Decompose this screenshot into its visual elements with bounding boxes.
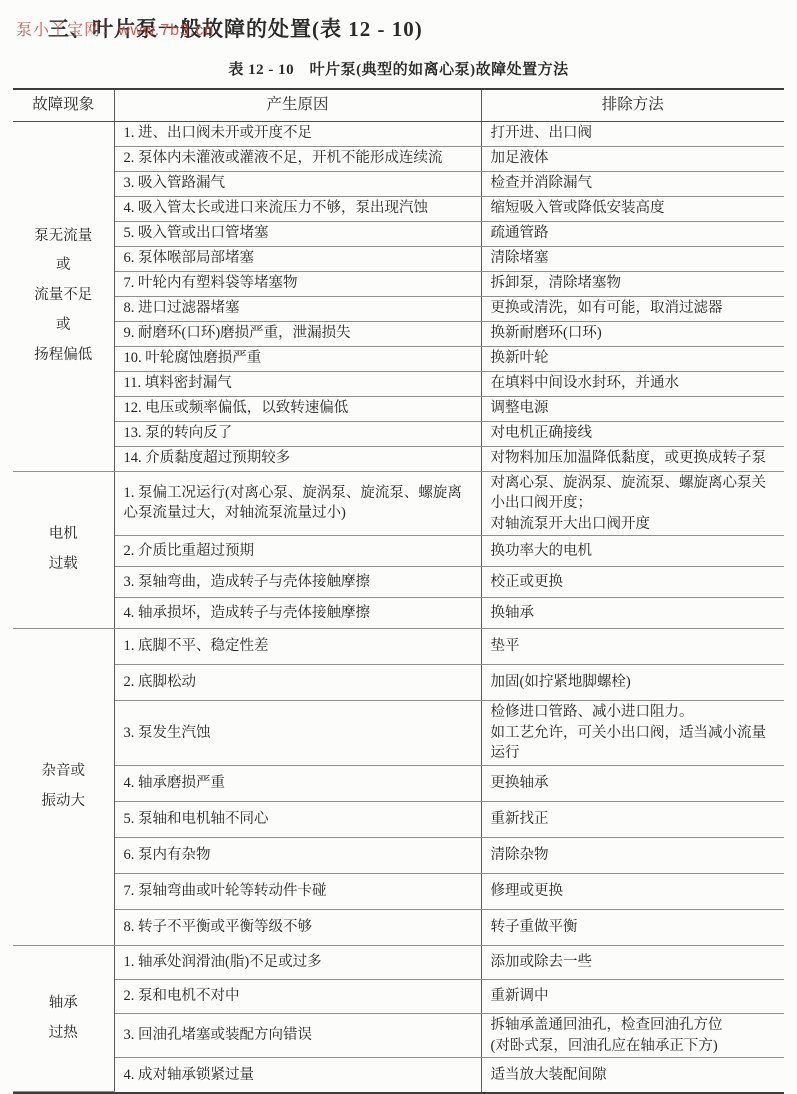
remedy-cell: 校正或更换	[481, 567, 784, 598]
cause-cell: 7. 泵轴弯曲或叶轮等转动件卡碰	[114, 873, 481, 909]
remedy-cell: 换新耐磨环(口环)	[481, 321, 784, 346]
table-row: 2. 底脚松动加固(如拧紧地脚螺栓)	[13, 665, 784, 701]
cause-cell: 4. 成对轴承锁紧过量	[114, 1058, 481, 1092]
phenomenon-cell: 泵无流量 或 流量不足 或 扬程偏低	[13, 121, 114, 471]
table-row: 3. 泵轴弯曲，造成转子与壳体接触摩擦校正或更换	[13, 567, 784, 598]
cause-cell: 1. 泵偏工况运行(对离心泵、旋涡泵、旋流泵、螺旋离心泵流量过大，对轴流泵流量过…	[114, 471, 481, 536]
remedy-cell: 修理或更换	[481, 873, 784, 909]
remedy-cell: 缩短吸入管或降低安装高度	[481, 196, 784, 221]
remedy-cell: 检修进口管路、减小进口阻力。 如工艺允许，可关小出口阀，适当减小流量运行	[481, 701, 784, 766]
table-row: 11. 填料密封漏气在填料中间设水封环，并通水	[13, 371, 784, 396]
remedy-cell: 换新叶轮	[481, 346, 784, 371]
cause-cell: 10. 叶轮腐蚀磨损严重	[114, 346, 481, 371]
table-row: 7. 泵轴弯曲或叶轮等转动件卡碰修理或更换	[13, 873, 784, 909]
remedy-cell: 转子重做平衡	[481, 909, 784, 945]
remedy-cell: 检查并消除漏气	[481, 171, 784, 196]
table-row: 3. 回油孔堵塞或装配方向错误拆轴承盖通回油孔，检查回油孔方位 (对卧式泵，回油…	[13, 1013, 784, 1057]
table-row: 6. 泵内有杂物清除杂物	[13, 837, 784, 873]
table-row: 12. 电压或频率偏低，以致转速偏低调整电源	[13, 396, 784, 421]
header-cause: 产生原因	[114, 90, 481, 121]
header-phenomenon: 故障现象	[13, 90, 114, 121]
table-row: 2. 介质比重超过预期换功率大的电机	[13, 536, 784, 567]
cause-cell: 3. 泵发生汽蚀	[114, 701, 481, 766]
cause-cell: 2. 泵体内未灌液或灌液不足，开机不能形成连续流	[114, 146, 481, 171]
table-row: 3. 泵发生汽蚀检修进口管路、减小进口阻力。 如工艺允许，可关小出口阀，适当减小…	[13, 701, 784, 766]
remedy-cell: 加固(如拧紧地脚螺栓)	[481, 665, 784, 701]
remedy-cell: 打开进、出口阀	[481, 121, 784, 146]
table-row: 9. 耐磨环(口环)磨损严重，泄漏损失换新耐磨环(口环)	[13, 321, 784, 346]
table-row: 5. 泵轴和电机轴不同心重新找正	[13, 801, 784, 837]
cause-cell: 6. 泵体喉部局部堵塞	[114, 246, 481, 271]
cause-cell: 7. 叶轮内有塑料袋等堵塞物	[114, 271, 481, 296]
cause-cell: 11. 填料密封漏气	[114, 371, 481, 396]
cause-cell: 14. 介质黏度超过预期较多	[114, 446, 481, 471]
cause-cell: 9. 耐磨环(口环)磨损严重，泄漏损失	[114, 321, 481, 346]
cause-cell: 3. 回油孔堵塞或装配方向错误	[114, 1013, 481, 1057]
remedy-cell: 重新调中	[481, 979, 784, 1013]
remedy-cell: 拆卸泵，清除堵塞物	[481, 271, 784, 296]
cause-cell: 4. 轴承磨损严重	[114, 765, 481, 801]
table-row: 3. 吸入管路漏气检查并消除漏气	[13, 171, 784, 196]
remedy-cell: 适当放大装配间隙	[481, 1058, 784, 1092]
cause-cell: 8. 进口过滤器堵塞	[114, 296, 481, 321]
document-page: 泵小丫宝网：www.7b3.cn 三、叶片泵一般故障的处置(表 12 - 10)…	[0, 0, 797, 1094]
table-row: 轴承 过热1. 轴承处润滑油(脂)不足或过多添加或除去一些	[13, 945, 784, 979]
table-row: 4. 成对轴承锁紧过量适当放大装配间隙	[13, 1058, 784, 1092]
table-row: 13. 泵的转向反了对电机正确接线	[13, 421, 784, 446]
table-row: 8. 转子不平衡或平衡等级不够转子重做平衡	[13, 909, 784, 945]
table-row: 10. 叶轮腐蚀磨损严重换新叶轮	[13, 346, 784, 371]
table-row: 8. 进口过滤器堵塞更换或清洗，如有可能，取消过滤器	[13, 296, 784, 321]
cause-cell: 3. 吸入管路漏气	[114, 171, 481, 196]
cause-cell: 2. 介质比重超过预期	[114, 536, 481, 567]
table-row: 2. 泵体内未灌液或灌液不足，开机不能形成连续流加足液体	[13, 146, 784, 171]
phenomenon-cell: 轴承 过热	[13, 945, 114, 1091]
remedy-cell: 对物料加压加温降低黏度，或更换成转子泵	[481, 446, 784, 471]
cause-cell: 1. 轴承处润滑油(脂)不足或过多	[114, 945, 481, 979]
cause-cell: 5. 吸入管或出口管堵塞	[114, 221, 481, 246]
fault-table-container: 故障现象 产生原因 排除方法 泵无流量 或 流量不足 或 扬程偏低1. 进、出口…	[13, 88, 784, 1094]
table-row: 4. 轴承损坏，造成转子与壳体接触摩擦换轴承	[13, 598, 784, 629]
remedy-cell: 疏通管路	[481, 221, 784, 246]
cause-cell: 1. 底脚不平、稳定性差	[114, 629, 481, 665]
table-row: 7. 叶轮内有塑料袋等堵塞物拆卸泵，清除堵塞物	[13, 271, 784, 296]
cause-cell: 5. 泵轴和电机轴不同心	[114, 801, 481, 837]
remedy-cell: 更换或清洗，如有可能，取消过滤器	[481, 296, 784, 321]
remedy-cell: 拆轴承盖通回油孔，检查回油孔方位 (对卧式泵，回油孔应在轴承正下方)	[481, 1013, 784, 1057]
cause-cell: 4. 吸入管太长或进口来流压力不够，泵出现汽蚀	[114, 196, 481, 221]
remedy-cell: 更换轴承	[481, 765, 784, 801]
cause-cell: 4. 轴承损坏，造成转子与壳体接触摩擦	[114, 598, 481, 629]
phenomenon-cell: 杂音或 振动大	[13, 629, 114, 946]
table-row: 杂音或 振动大1. 底脚不平、稳定性差垫平	[13, 629, 784, 665]
fault-table: 故障现象 产生原因 排除方法 泵无流量 或 流量不足 或 扬程偏低1. 进、出口…	[13, 90, 784, 1092]
table-header-row: 故障现象 产生原因 排除方法	[13, 90, 784, 121]
table-row: 6. 泵体喉部局部堵塞清除堵塞	[13, 246, 784, 271]
table-row: 2. 泵和电机不对中重新调中	[13, 979, 784, 1013]
cause-cell: 12. 电压或频率偏低，以致转速偏低	[114, 396, 481, 421]
table-row: 5. 吸入管或出口管堵塞疏通管路	[13, 221, 784, 246]
remedy-cell: 重新找正	[481, 801, 784, 837]
table-row: 电机 过载1. 泵偏工况运行(对离心泵、旋涡泵、旋流泵、螺旋离心泵流量过大，对轴…	[13, 471, 784, 536]
remedy-cell: 清除堵塞	[481, 246, 784, 271]
remedy-cell: 添加或除去一些	[481, 945, 784, 979]
cause-cell: 1. 进、出口阀未开或开度不足	[114, 121, 481, 146]
table-caption: 表 12 - 10 叶片泵(典型的如离心泵)故障处置方法	[13, 58, 784, 79]
cause-cell: 2. 底脚松动	[114, 665, 481, 701]
phenomenon-cell: 电机 过载	[13, 471, 114, 629]
table-row: 14. 介质黏度超过预期较多对物料加压加温降低黏度，或更换成转子泵	[13, 446, 784, 471]
fault-table-body: 泵无流量 或 流量不足 或 扬程偏低1. 进、出口阀未开或开度不足打开进、出口阀…	[13, 121, 784, 1092]
remedy-cell: 清除杂物	[481, 837, 784, 873]
cause-cell: 2. 泵和电机不对中	[114, 979, 481, 1013]
remedy-cell: 调整电源	[481, 396, 784, 421]
cause-cell: 8. 转子不平衡或平衡等级不够	[114, 909, 481, 945]
cause-cell: 6. 泵内有杂物	[114, 837, 481, 873]
remedy-cell: 对电机正确接线	[481, 421, 784, 446]
remedy-cell: 在填料中间设水封环，并通水	[481, 371, 784, 396]
cause-cell: 13. 泵的转向反了	[114, 421, 481, 446]
header-remedy: 排除方法	[481, 90, 784, 121]
remedy-cell: 垫平	[481, 629, 784, 665]
table-row: 泵无流量 或 流量不足 或 扬程偏低1. 进、出口阀未开或开度不足打开进、出口阀	[13, 121, 784, 146]
table-row: 4. 吸入管太长或进口来流压力不够，泵出现汽蚀缩短吸入管或降低安装高度	[13, 196, 784, 221]
remedy-cell: 加足液体	[481, 146, 784, 171]
watermark-text: 泵小丫宝网：www.7b3.cn	[16, 17, 214, 40]
remedy-cell: 换功率大的电机	[481, 536, 784, 567]
cause-cell: 3. 泵轴弯曲，造成转子与壳体接触摩擦	[114, 567, 481, 598]
remedy-cell: 换轴承	[481, 598, 784, 629]
remedy-cell: 对离心泵、旋涡泵、旋流泵、螺旋离心泵关小出口阀开度； 对轴流泵开大出口阀开度	[481, 471, 784, 536]
table-row: 4. 轴承磨损严重更换轴承	[13, 765, 784, 801]
